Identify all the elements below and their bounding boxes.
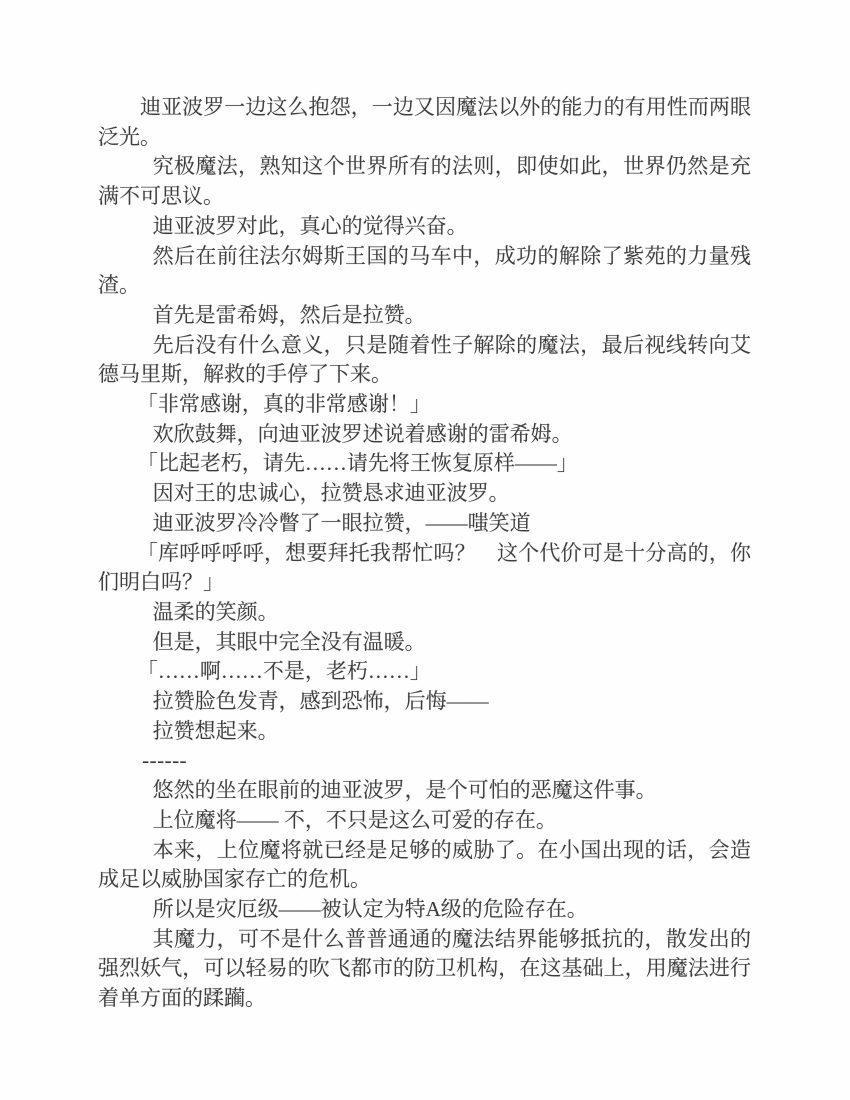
paragraph-body: 先后没有什么意义，只是随着性子解除的魔法，最后视线转向艾德马里斯，解救的手停了下… (98, 331, 751, 390)
paragraph-body: 然后在前往法尔姆斯王国的马车中，成功的解除了紫苑的力量残渣。 (98, 242, 751, 301)
text-column: 迪亚波罗一边这么抱怨，一边又因魔法以外的能力的有用性而两眼泛光。究极魔法，熟知这… (98, 93, 751, 1014)
novel-page: 迪亚波罗一边这么抱怨，一边又因魔法以外的能力的有用性而两眼泛光。究极魔法，熟知这… (0, 0, 850, 1100)
paragraph-dialogue: 「比起老朽，请先……请先将王恢复原样——」 (98, 449, 751, 479)
paragraph-body: 迪亚波罗对此，真心的觉得兴奋。 (98, 212, 751, 242)
paragraph-body: 本来，上位魔将就已经是足够的威胁了。在小国出现的话，会造成足以威胁国家存亡的危机… (98, 836, 751, 895)
paragraph-body: 所以是灾厄级——被认定为特A级的危险存在。 (98, 895, 751, 925)
paragraph-body: 上位魔将—— 不，不只是这么可爱的存在。 (98, 806, 751, 836)
paragraph-dialogue: 「库呼呼呼呼，想要拜托我帮忙吗？ 这个代价可是十分高的，你们明白吗？」 (98, 539, 751, 598)
paragraph-body: 温柔的笑颜。 (98, 598, 751, 628)
paragraph-body: 但是，其眼中完全没有温暖。 (98, 628, 751, 658)
paragraph-body: 拉赞想起来。 (98, 717, 751, 747)
paragraph-body: 其魔力，可不是什么普普通通的魔法结界能够抵抗的，散发出的强烈妖气，可以轻易的吹飞… (98, 925, 751, 1014)
paragraph-dialogue: 「……啊……不是，老朽……」 (98, 657, 751, 687)
paragraph-body: 悠然的坐在眼前的迪亚波罗，是个可怕的恶魔这件事。 (98, 776, 751, 806)
separator-dashes: ------ (98, 746, 751, 776)
paragraph-body: 首先是雷希姆，然后是拉赞。 (98, 301, 751, 331)
paragraph-body: 迪亚波罗一边这么抱怨，一边又因魔法以外的能力的有用性而两眼泛光。 (98, 93, 751, 152)
paragraph-body: 拉赞脸色发青，感到恐怖，后悔—— (98, 687, 751, 717)
paragraph-body: 欢欣鼓舞，向迪亚波罗述说着感谢的雷希姆。 (98, 420, 751, 450)
paragraph-dialogue: 「非常感谢，真的非常感谢！」 (98, 390, 751, 420)
paragraph-body: 因对王的忠诚心，拉赞恳求迪亚波罗。 (98, 479, 751, 509)
paragraph-body: 迪亚波罗冷冷瞥了一眼拉赞，——嗤笑道 (98, 509, 751, 539)
paragraph-body: 究极魔法，熟知这个世界所有的法则，即使如此，世界仍然是充满不可思议。 (98, 152, 751, 211)
